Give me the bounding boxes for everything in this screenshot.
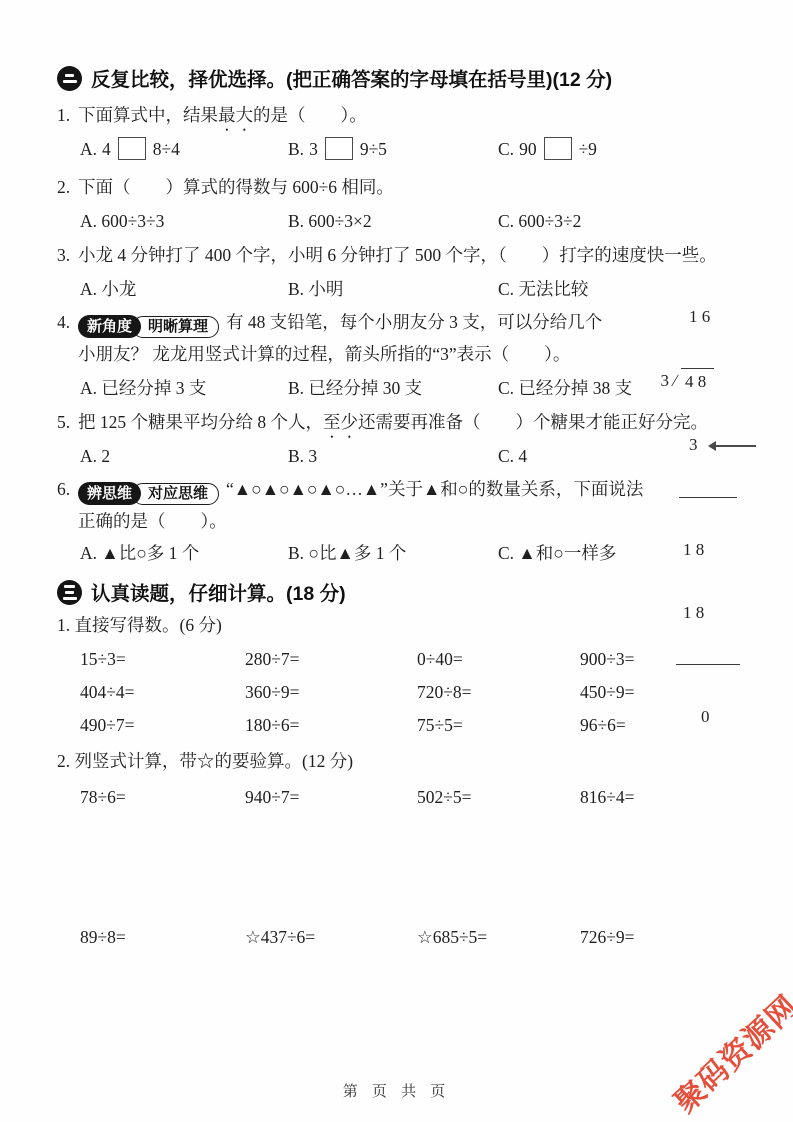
mental-item: 0÷40= [417, 648, 580, 670]
longdiv-remainder1: 1 8 [655, 538, 790, 561]
question-6-number: 6. [57, 477, 78, 502]
discriminate-thinking-badge: 辨思维 [78, 482, 141, 505]
question-5-options: A. 2 B. 3 C. 4 [80, 443, 748, 469]
q4-option-b: B. 已经分掉 30 支 [288, 375, 498, 401]
vertical-item: 502÷5= [417, 786, 580, 808]
question-4: 4.新角度明晰算理有 48 支铅笔，每个小朋友分 3 支，可以分给几个 [57, 310, 748, 335]
question-4-options: A. 已经分掉 3 支 B. 已经分掉 30 支 C. 已经分掉 38 支 [80, 375, 748, 401]
q2-option-b: B. 600÷3×2 [288, 208, 498, 234]
question-6-options: A. ▲比○多 1 个 B. ○比▲多 1 个 C. ▲和○一样多 [80, 540, 748, 566]
question-4-text-line1: 有 48 支铅笔，每个小朋友分 3 支，可以分给几个 [226, 312, 602, 332]
question-4-number: 4. [57, 310, 78, 335]
vertical-item: 78÷6= [80, 786, 245, 808]
page-footer: 第 页 共 页 [0, 1080, 793, 1101]
longdiv-step2: 1 8 [655, 601, 790, 624]
mental-item: 720÷8= [417, 681, 580, 703]
q3-option-b: B. 小明 [288, 276, 498, 302]
question-1: 1.下面算式中，结果最大的是（ ）。 [57, 104, 748, 126]
question-3: 3.小龙 4 分钟打了 400 个字，小明 6 分钟打了 500 个字，（ ）打… [57, 244, 748, 266]
section-two-icon [57, 66, 82, 91]
longdiv-quotient: 1 6 [655, 306, 790, 328]
question-6-text-line1: “▲○▲○▲○▲○…▲”关于▲和○的数量关系，下面说法 [226, 479, 643, 499]
mental-math-subtitle: 1. 直接写得数。(6 分) [57, 614, 748, 636]
mental-item: 360÷9= [245, 681, 417, 703]
question-3-number: 3. [57, 244, 78, 266]
vertical-item: 89÷8= [80, 926, 245, 948]
question-1-emphasis: 最大 [218, 105, 253, 125]
question-1-options: A.48÷4 B.39÷5 C.90÷9 [80, 136, 748, 162]
mental-item: 15÷3= [80, 648, 245, 670]
question-5-number: 5. [57, 411, 78, 433]
question-3-text: 小龙 4 分钟打了 400 个字，小明 6 分钟打了 500 个字，（ ）打字的… [78, 245, 717, 265]
clear-reasoning-badge: 明晰算理 [132, 316, 219, 338]
long-division-diagram: 1 6 3 / 4 8 3 1 8 1 8 0 [655, 266, 790, 748]
q5-option-a: A. 2 [80, 443, 288, 469]
vertical-item: 940÷7= [245, 786, 417, 808]
mental-item: 75÷5= [417, 714, 580, 736]
section-three-icon [57, 580, 82, 605]
question-5: 5.把 125 个糖果平均分给 8 个人，至少还需要再准备（ ）个糖果才能正好分… [57, 411, 748, 433]
vertical-item: 816÷4= [580, 786, 748, 808]
q2-option-a: A. 600÷3÷3 [80, 208, 288, 234]
answer-box [118, 137, 146, 160]
section-three-title: 认真读题，仔细计算。(18 分) [91, 578, 346, 606]
question-1-text-tail: 的是（ ）。 [253, 105, 367, 125]
section-two-header: 反复比较，择优选择。(把正确答案的字母填在括号里)(12 分) [57, 64, 748, 92]
question-5-emphasis: 至少 [323, 412, 358, 432]
q4-option-a: A. 已经分掉 3 支 [80, 375, 288, 401]
vertical-item-starred: ☆437÷6= [245, 926, 417, 948]
q1-option-b: B.39÷5 [288, 136, 498, 162]
mental-item: 404÷4= [80, 681, 245, 703]
question-6: 6.辨思维对应思维“▲○▲○▲○▲○…▲”关于▲和○的数量关系，下面说法 [57, 477, 748, 502]
question-2: 2.下面（ ）算式的得数与 600÷6 相同。 [57, 176, 748, 198]
mental-math-grid: 15÷3= 280÷7= 0÷40= 900÷3= 404÷4= 360÷9= … [80, 648, 748, 736]
mental-item: 490÷7= [80, 714, 245, 736]
question-2-text: 下面（ ）算式的得数与 600÷6 相同。 [78, 177, 394, 197]
vertical-calc-subtitle: 2. 列竖式计算，带☆的要验算。(12 分) [57, 750, 748, 772]
vertical-calc-row1: 78÷6= 940÷7= 502÷5= 816÷4= [80, 786, 748, 808]
longdiv-result: 0 [655, 705, 790, 728]
q6-option-a: A. ▲比○多 1 个 [80, 540, 288, 566]
left-arrow-icon [710, 445, 756, 447]
q1-option-a: A.48÷4 [80, 136, 288, 162]
question-5-text: 把 125 个糖果平均分给 8 个人， [78, 412, 323, 432]
q6-option-b: B. ○比▲多 1 个 [288, 540, 498, 566]
answer-box [544, 137, 572, 160]
question-6-line2: 正确的是（ ）。 [57, 510, 748, 532]
q1-option-c: C.90÷9 [498, 136, 748, 162]
new-angle-badge: 新角度 [78, 315, 141, 338]
question-1-text: 下面算式中，结果 [78, 105, 218, 125]
q3-option-a: A. 小龙 [80, 276, 288, 302]
question-1-number: 1. [57, 104, 78, 126]
vertical-item: 726÷9= [580, 926, 748, 948]
question-2-number: 2. [57, 176, 78, 198]
mental-item: 180÷6= [245, 714, 417, 736]
q5-option-b: B. 3 [288, 443, 498, 469]
longdiv-step1: 3 [689, 435, 698, 454]
question-2-options: A. 600÷3÷3 B. 600÷3×2 C. 600÷3÷2 [80, 208, 748, 234]
longdiv-dividend: 4 8 [681, 368, 714, 393]
vertical-item-starred: ☆685÷5= [417, 926, 580, 948]
section-three-header: 认真读题，仔细计算。(18 分) [57, 578, 748, 606]
correspondence-thinking-badge: 对应思维 [132, 483, 219, 505]
section-two-title: 反复比较，择优选择。(把正确答案的字母填在括号里)(12 分) [91, 64, 612, 92]
question-4-text-line2: 小朋友？ 龙龙用竖式计算的过程，箭头所指的“3”表示（ ）。 [78, 344, 570, 364]
q2-option-c: C. 600÷3÷2 [498, 208, 748, 234]
question-6-text-line2: 正确的是（ ）。 [78, 511, 227, 531]
mental-item: 280÷7= [245, 648, 417, 670]
vertical-calc-row2: 89÷8= ☆437÷6= ☆685÷5= 726÷9= [80, 926, 748, 948]
subtraction-line [679, 497, 737, 498]
question-4-line2: 小朋友？ 龙龙用竖式计算的过程，箭头所指的“3”表示（ ）。 [57, 343, 748, 365]
subtraction-line [676, 664, 740, 665]
answer-box [325, 137, 353, 160]
question-3-options: A. 小龙 B. 小明 C. 无法比较 [80, 276, 748, 302]
